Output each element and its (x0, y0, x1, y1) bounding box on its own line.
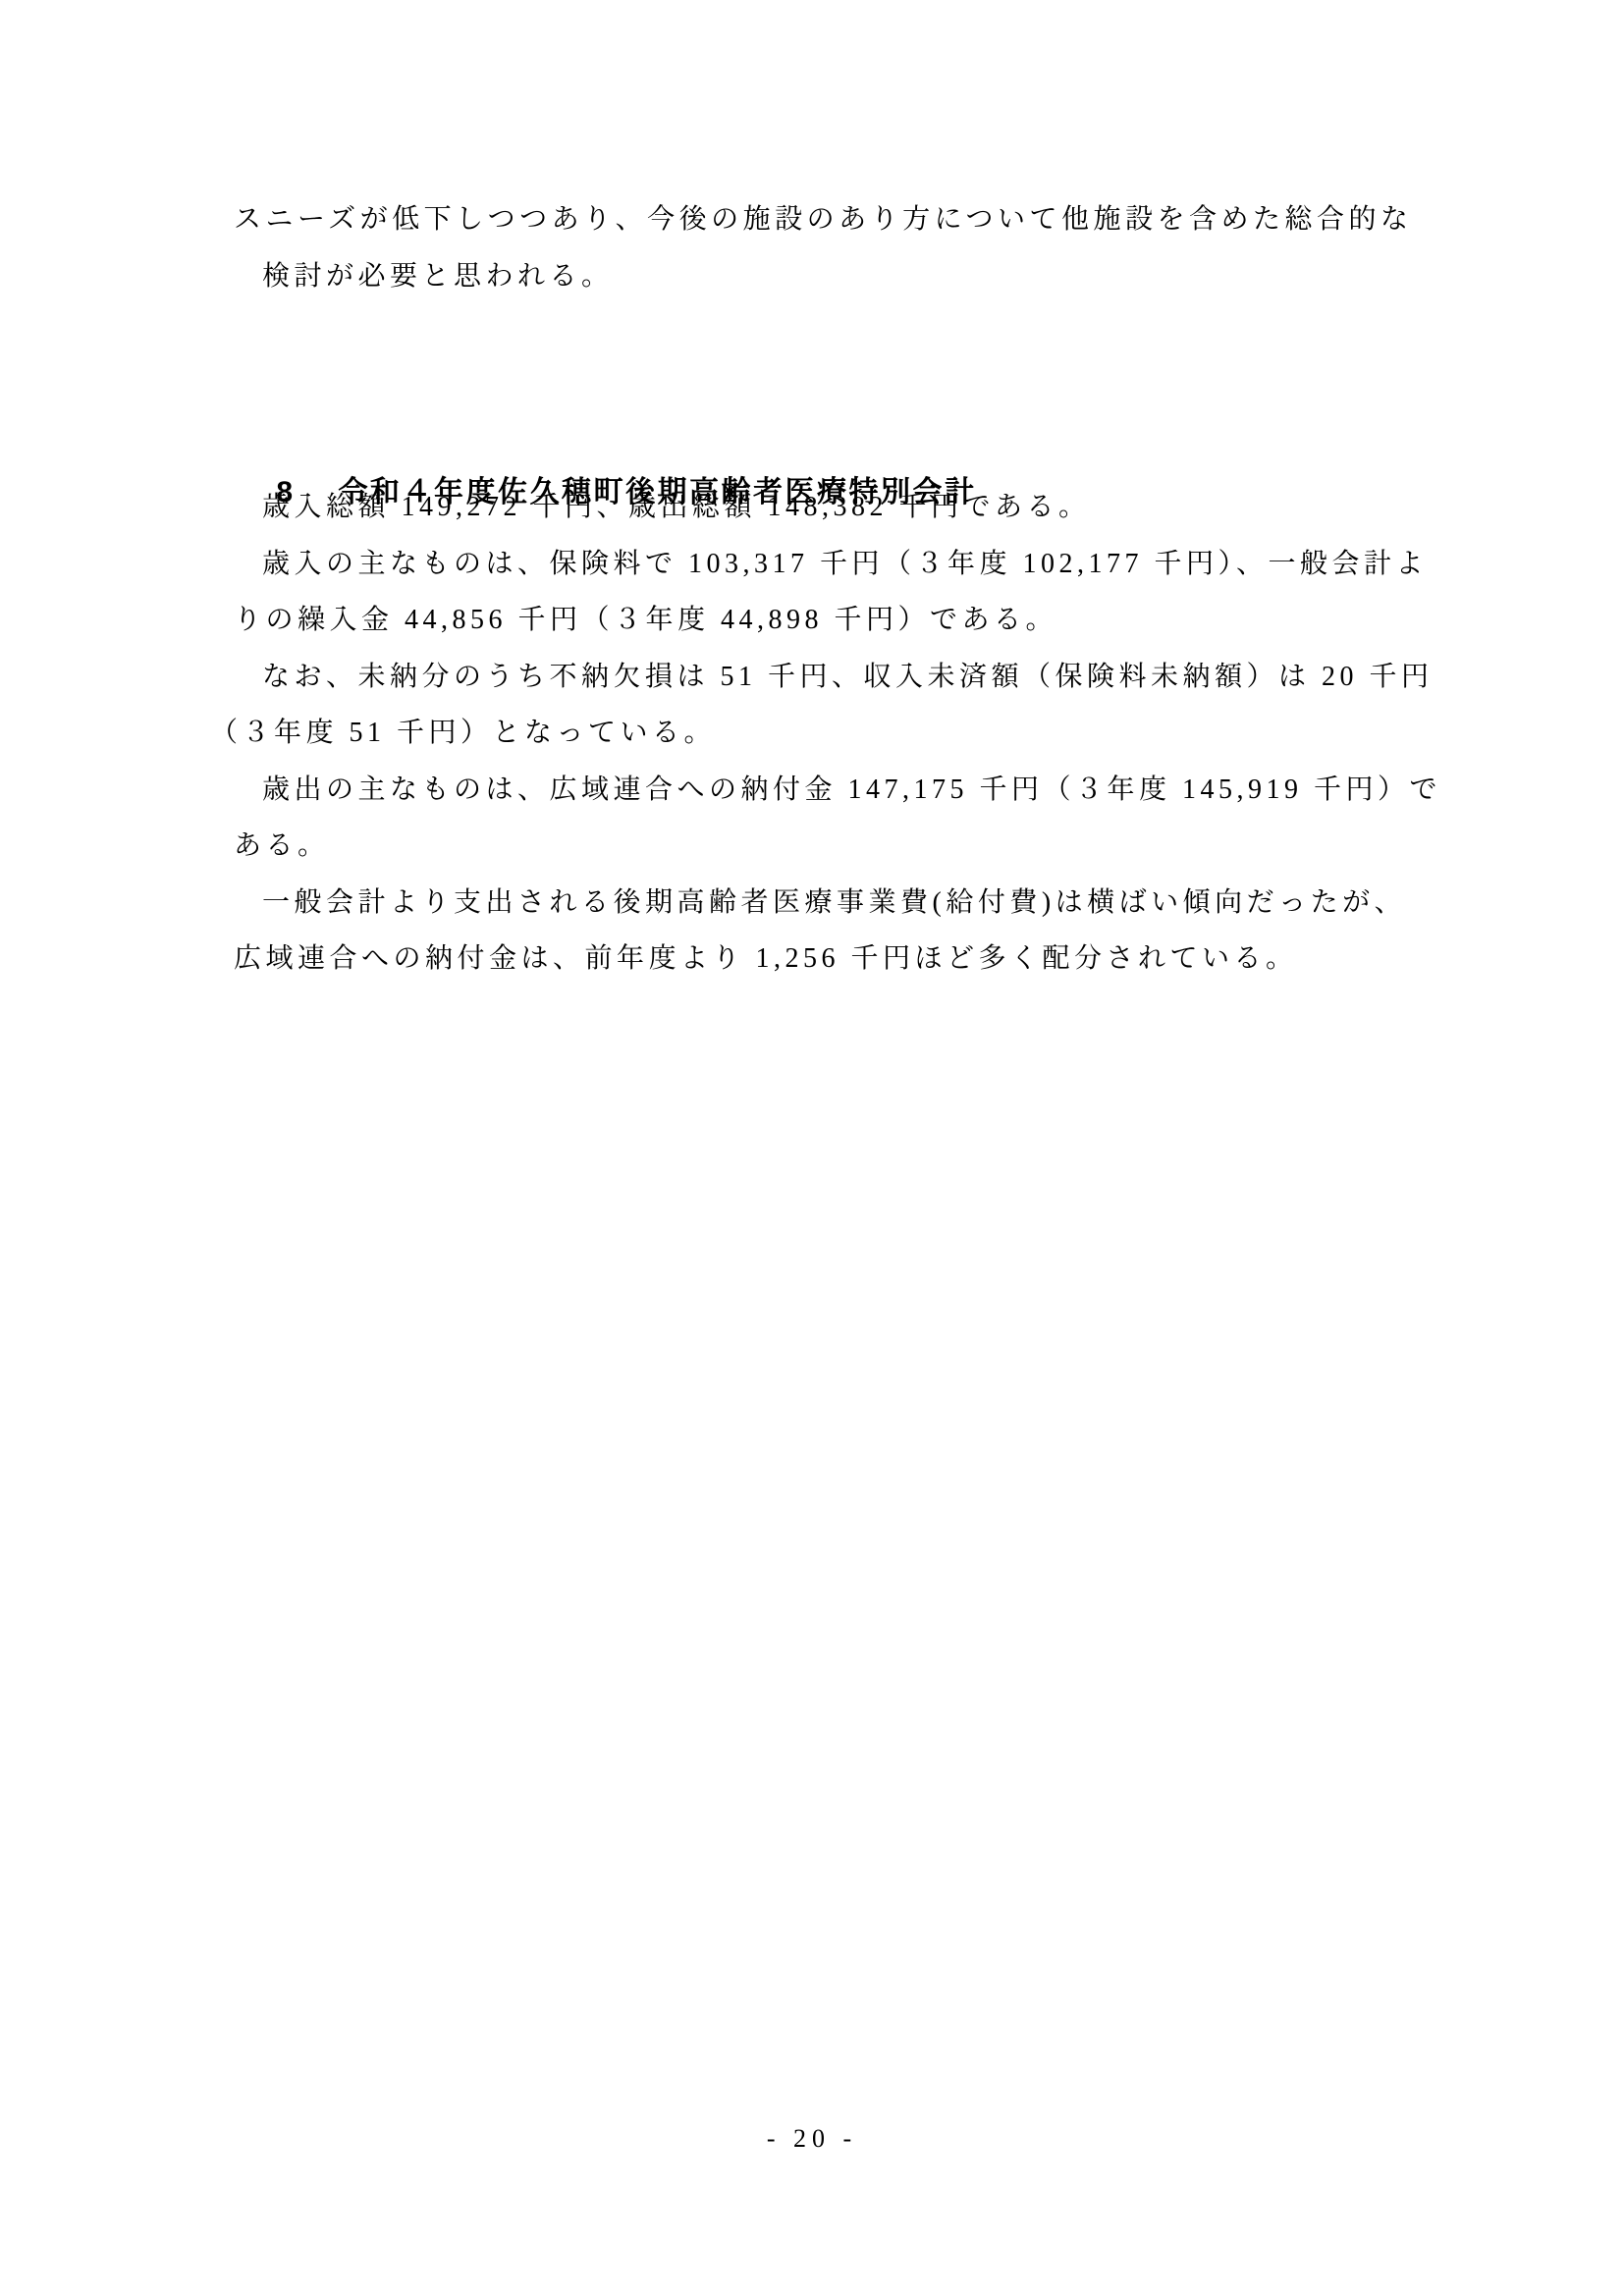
text-line: りの繰入金 44,856 千円（３年度 44,898 千円）である。 (0, 592, 1624, 649)
document-page: スニーズが低下しつつあり、今後の施設のあり方について他施設を含めた総合的な 検討… (0, 0, 1624, 2296)
text-line: スニーズが低下しつつあり、今後の施設のあり方について他施設を含めた総合的な (0, 191, 1624, 248)
text-line: 広域連合への納付金は、前年度より 1,256 千円ほど多く配分されている。 (0, 931, 1624, 988)
text-line: 歳出の主なものは、広域連合への納付金 147,175 千円（３年度 145,91… (0, 762, 1624, 819)
text-line: 一般会計より支出される後期高齢者医療事業費(給付費)は横ばい傾向だったが、 (0, 875, 1624, 932)
text-line: （３年度 51 千円）となっている。 (0, 705, 1624, 762)
text-line: 歳入の主なものは、保険料で 103,317 千円（３年度 102,177 千円）… (0, 536, 1624, 593)
text-line: 歳入総額 149,272 千円、歳出総額 148,382 千円である。 (0, 479, 1624, 536)
text-line: 検討が必要と思われる。 (0, 248, 1624, 305)
intro-paragraph: スニーズが低下しつつあり、今後の施設のあり方について他施設を含めた総合的な 検討… (0, 191, 1624, 304)
page-number: - 20 - (0, 2122, 1624, 2156)
text-line: ある。 (0, 818, 1624, 875)
text-line: なお、未納分のうち不納欠損は 51 千円、収入未済額（保険料未納額）は 20 千… (0, 649, 1624, 706)
section-body: 歳入総額 149,272 千円、歳出総額 148,382 千円である。 歳入の主… (0, 479, 1624, 988)
